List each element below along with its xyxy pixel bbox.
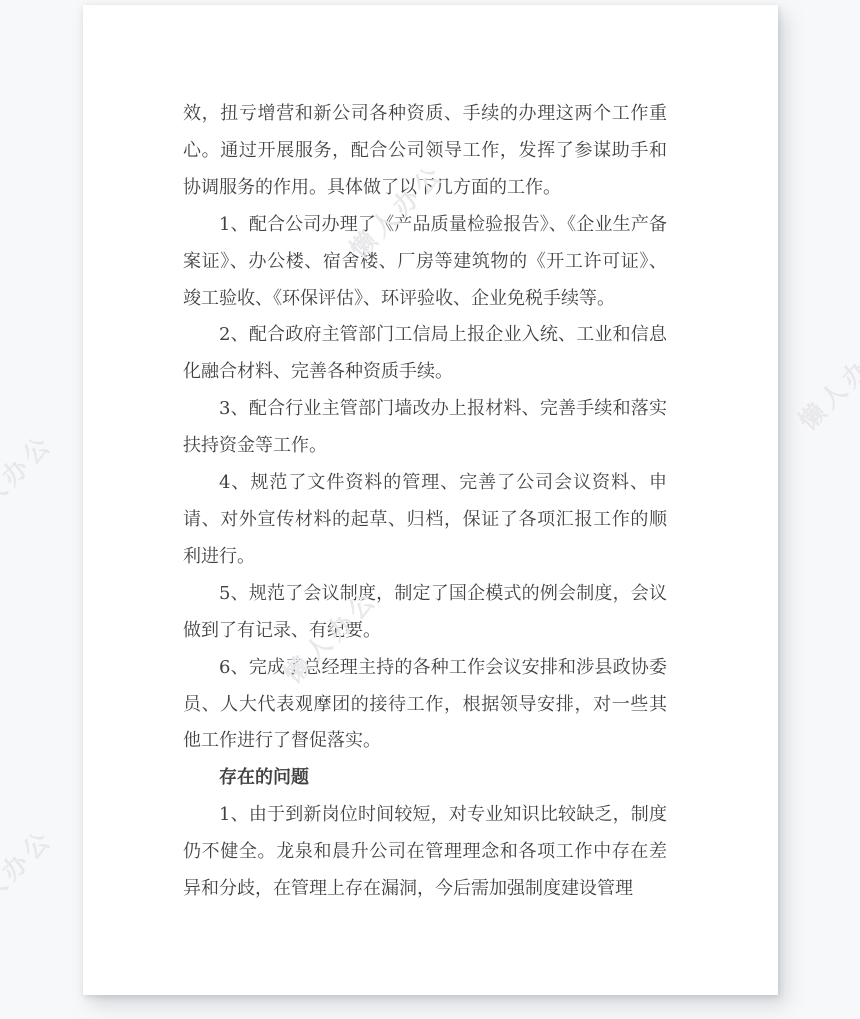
body-paragraph: 3、配合行业主管部门墙改办上报材料、完善手续和落实扶持资金等工作。 bbox=[183, 391, 667, 465]
page-background: 效，扭亏增营和新公司各种资质、手续的办理这两个工作重心。通过开展服务，配合公司领… bbox=[0, 0, 860, 1019]
watermark-text: 懒人办公 bbox=[0, 820, 60, 930]
body-paragraph: 效，扭亏增营和新公司各种资质、手续的办理这两个工作重心。通过开展服务，配合公司领… bbox=[183, 96, 667, 207]
body-paragraph: 5、规范了会议制度，制定了国企模式的例会制度，会议做到了有记录、有纪要。 bbox=[183, 576, 667, 650]
body-paragraph: 1、配合公司办理了《产品质量检验报告》、《企业生产备案证》、办公楼、宿舍楼、厂房… bbox=[183, 207, 667, 318]
watermark-text: 懒人办公 bbox=[0, 425, 60, 535]
body-paragraph: 4、规范了文件资料的管理、完善了公司会议资料、申请、对外宣传材料的起草、归档，保… bbox=[183, 465, 667, 576]
body-paragraph: 6、完成了总经理主持的各种工作会议安排和涉县政协委员、人大代表观摩团的接待工作，… bbox=[183, 650, 667, 761]
document-page: 效，扭亏增营和新公司各种资质、手续的办理这两个工作重心。通过开展服务，配合公司领… bbox=[83, 5, 778, 995]
watermark-text: 懒人办公 bbox=[790, 327, 860, 437]
document-body: 效，扭亏增营和新公司各种资质、手续的办理这两个工作重心。通过开展服务，配合公司领… bbox=[183, 96, 667, 908]
body-paragraph: 1、由于到新岗位时间较短，对专业知识比较缺乏，制度仍不健全。龙泉和晨升公司在管理… bbox=[183, 797, 667, 908]
body-paragraph: 2、配合政府主管部门工信局上报企业入统、工业和信息化融合材料、完善各种资质手续。 bbox=[183, 317, 667, 391]
section-heading: 存在的问题 bbox=[183, 760, 667, 797]
